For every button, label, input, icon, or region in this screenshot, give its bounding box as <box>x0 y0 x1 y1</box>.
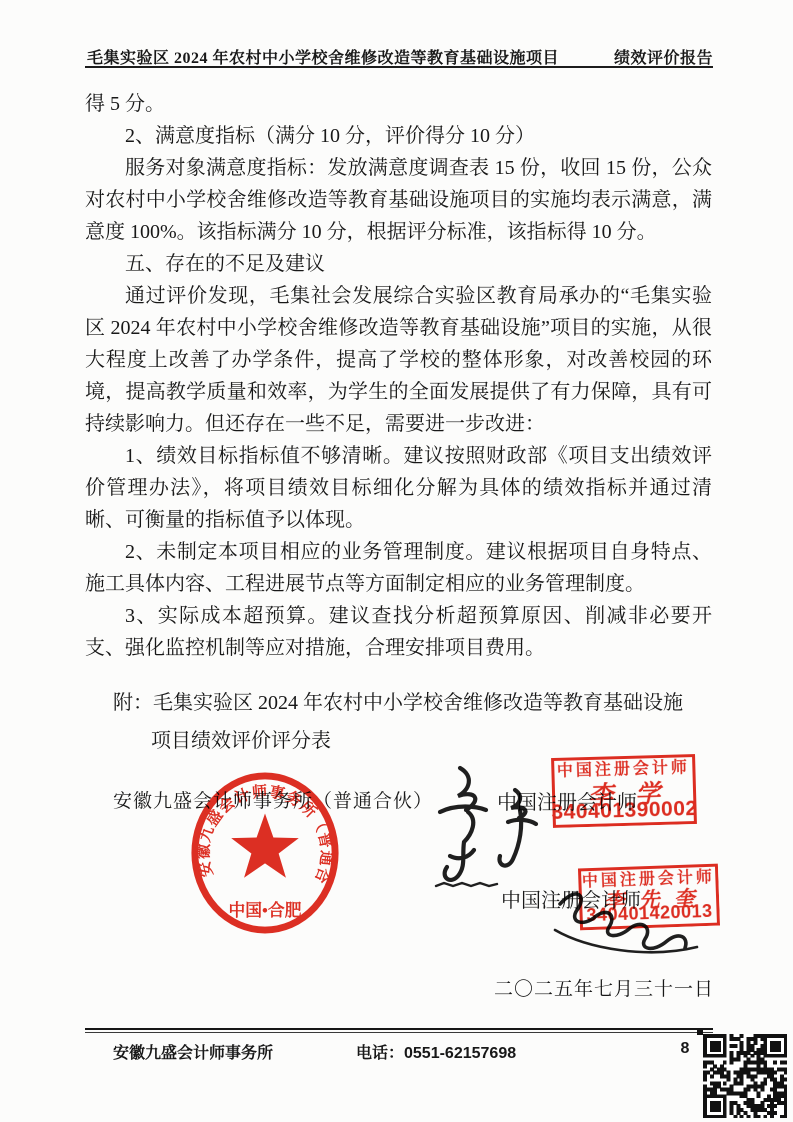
cpa-stamp-1-name: 李学 <box>555 773 694 813</box>
company-seal: 安徽九盛会计师事务所（普通合伙） 中国•合肥 <box>186 768 344 938</box>
paragraph: 2、满意度指标（满分 10 分，评价得分 10 分） <box>85 120 712 152</box>
paragraph: 服务对象满意度指标：发放满意度调查表 15 份，收回 15 份，公众对农村中小学… <box>85 152 712 248</box>
section-heading: 五、存在的不足及建议 <box>85 248 712 280</box>
attachment-note: 附：毛集实验区 2024 年农村中小学校舍维修改造等教育基础设施 项目绩效评价评… <box>85 684 712 760</box>
paragraph: 2、未制定本项目相应的业务管理制度。建议根据项目自身特点、施工具体内容、工程进展… <box>85 536 712 600</box>
qr-code <box>703 1034 787 1118</box>
footer-phone: 电话：0551-62157698 <box>356 1040 516 1063</box>
paragraph: 通过评价发现，毛集社会发展综合实验区教育局承办的“毛集实验区 2024 年农村中… <box>85 280 712 440</box>
footer-firm-name: 安徽九盛会计师事务所 <box>113 1040 273 1063</box>
attachment-line-2: 项目绩效评价评分表 <box>85 722 712 760</box>
attachment-line-1: 附：毛集实验区 2024 年农村中小学校舍维修改造等教育基础设施 <box>85 684 712 722</box>
header-rule <box>85 66 713 68</box>
header-title-left: 毛集实验区 2024 年农村中小学校舍维修改造等教育基础设施项目 <box>87 45 559 68</box>
seal-bottom-text: 中国•合肥 <box>229 900 302 920</box>
footer-rule <box>85 1028 713 1033</box>
cpa-stamp-1: 中国注册会计师 李学 340401390002 <box>551 754 697 828</box>
report-page: 毛集实验区 2024 年农村中小学校舍维修改造等教育基础设施项目 绩效评价报告 … <box>0 0 793 1122</box>
footer-page-number: 8 <box>675 1040 695 1058</box>
handwritten-signature-1 <box>420 760 550 895</box>
paragraph: 得 5 分。 <box>85 88 712 120</box>
header-title-right: 绩效评价报告 <box>614 45 713 68</box>
handwritten-signature-2 <box>546 870 706 965</box>
paragraph: 3、实际成本超预算。建议查找分析超预算原因、削减非必要开支、强化监控机制等应对措… <box>85 600 712 664</box>
seal-star-icon <box>231 814 299 878</box>
report-date: 二〇二五年七月三十一日 <box>494 974 714 1001</box>
body-text: 得 5 分。 2、满意度指标（满分 10 分，评价得分 10 分） 服务对象满意… <box>85 88 712 664</box>
paragraph: 1、绩效目标指标值不够清晰。建议按照财政部《项目支出绩效评价管理办法》，将项目绩… <box>85 440 712 536</box>
